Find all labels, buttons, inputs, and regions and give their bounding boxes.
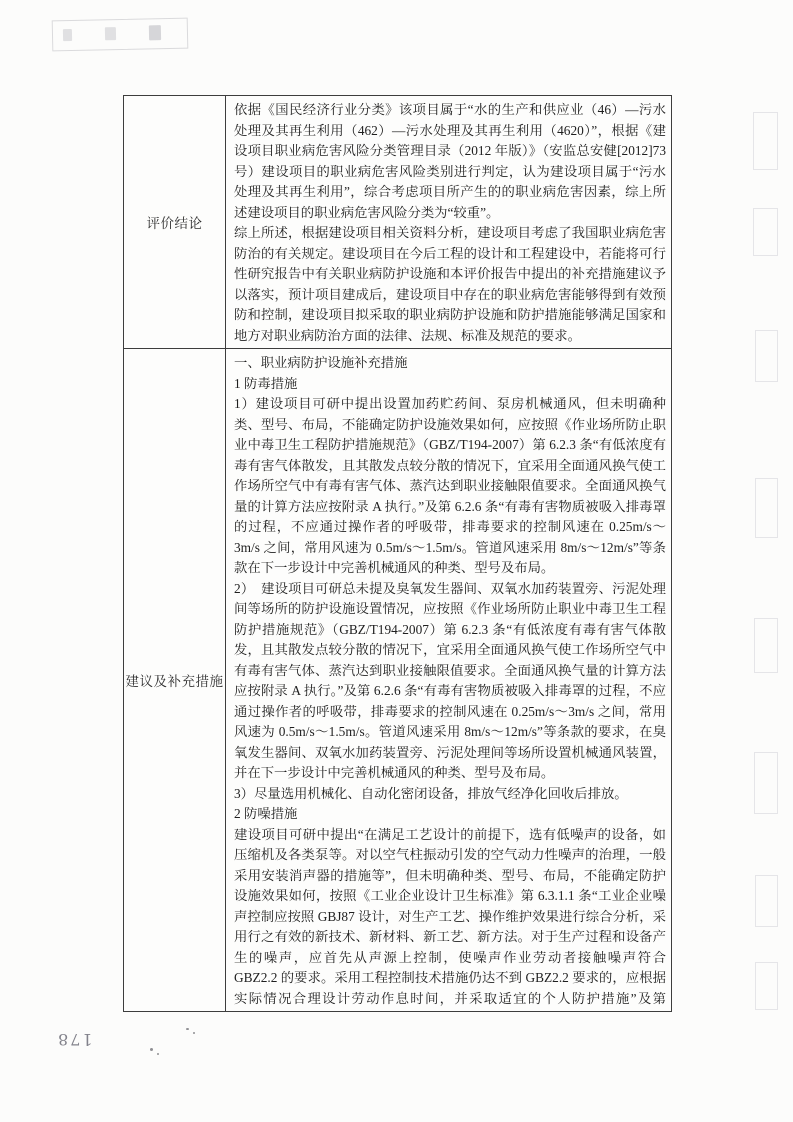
paragraph: 依据《国民经济行业分类》该项目属于“水的生产和供应业（46）—污水处理及其再生利… — [234, 100, 666, 223]
paragraph: 建设项目可研中提出“在满足工艺设计的前提下，选有低噪声的设备，如压缩机及各类泵等… — [234, 825, 666, 1012]
bleedthrough-artifact — [755, 875, 778, 927]
row-content-evaluation-conclusion: 依据《国民经济行业分类》该项目属于“水的生产和供应业（46）—污水处理及其再生利… — [226, 96, 671, 348]
evaluation-table: 评价结论 依据《国民经济行业分类》该项目属于“水的生产和供应业（46）—污水处理… — [123, 95, 672, 1012]
stamp-smudge — [105, 27, 116, 40]
table-row-evaluation-conclusion: 评价结论 依据《国民经济行业分类》该项目属于“水的生产和供应业（46）—污水处理… — [124, 96, 671, 349]
bleedthrough-artifact — [755, 962, 778, 1010]
row-label-evaluation-conclusion: 评价结论 — [124, 96, 226, 348]
paragraph: 综上所述，根据建设项目相关资料分析，建设项目考虑了我国职业病危害防治的有关规定。… — [234, 223, 666, 346]
stamp-smudge — [149, 25, 161, 40]
stamp-smudge — [63, 29, 72, 41]
subsection-heading: 2 防噪措施 — [234, 804, 666, 825]
bleedthrough-artifact — [754, 752, 778, 814]
ink-dot-artifact — [150, 1048, 153, 1051]
page-number-mark: 178 — [56, 1030, 93, 1049]
ink-dot-artifact — [157, 1053, 159, 1055]
bleedthrough-artifact — [755, 478, 778, 538]
bleedthrough-artifact — [753, 112, 778, 170]
paragraph: 3）尽量选用机械化、自动化密闭设备，排放气经净化回收后排放。 — [234, 784, 666, 805]
row-content-suggestions-measures: 一、职业病防护设施补充措施 1 防毒措施 1）建设项目可研中提出设置加药贮药间、… — [226, 349, 671, 1011]
ink-dot-artifact — [193, 1032, 195, 1034]
subsection-heading: 1 防毒措施 — [234, 374, 666, 395]
bleedthrough-artifact — [753, 208, 778, 256]
row-label-suggestions-measures: 建议及补充措施 — [124, 349, 226, 1011]
section-heading: 一、职业病防护设施补充措施 — [234, 353, 666, 374]
paragraph: 2） 建设项目可研总未提及臭氧发生器间、双氧水加药装置旁、污泥处理间等场所的防护… — [234, 579, 666, 784]
scanned-document-page: 评价结论 依据《国民经济行业分类》该项目属于“水的生产和供应业（46）—污水处理… — [0, 0, 793, 1122]
bleedthrough-artifact — [755, 330, 778, 382]
bleedthrough-artifact — [754, 618, 778, 673]
paragraph: 1）建设项目可研中提出设置加药贮药间、泵房机械通风，但未明确种类、型号、布局，不… — [234, 394, 666, 579]
table-row-suggestions-measures: 建议及补充措施 一、职业病防护设施补充措施 1 防毒措施 1）建设项目可研中提出… — [124, 349, 671, 1011]
ink-dot-artifact — [186, 1028, 189, 1030]
faint-stamp-artifact — [52, 18, 189, 52]
